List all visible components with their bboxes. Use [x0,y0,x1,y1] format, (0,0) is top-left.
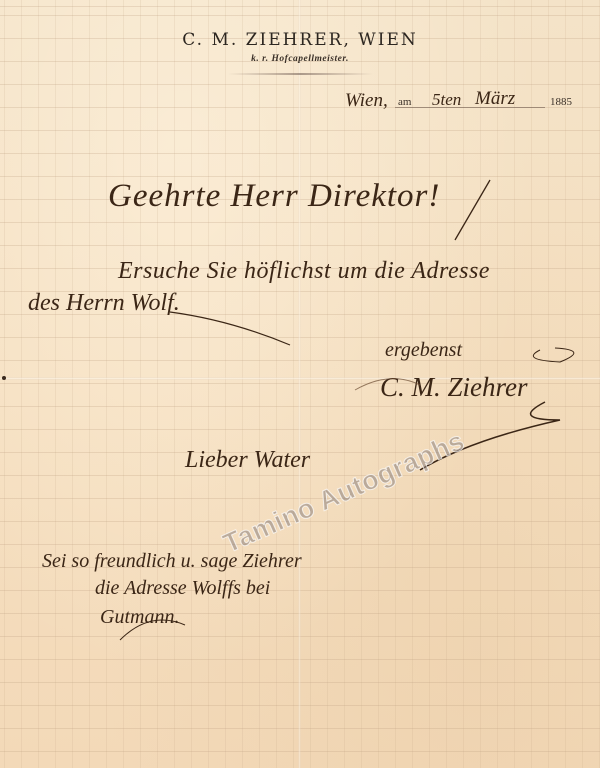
signature-flourish-icon [0,0,600,768]
letter-page: C. M. ZIEHRER, WIEN k. r. Hofcapellmeist… [0,0,600,768]
